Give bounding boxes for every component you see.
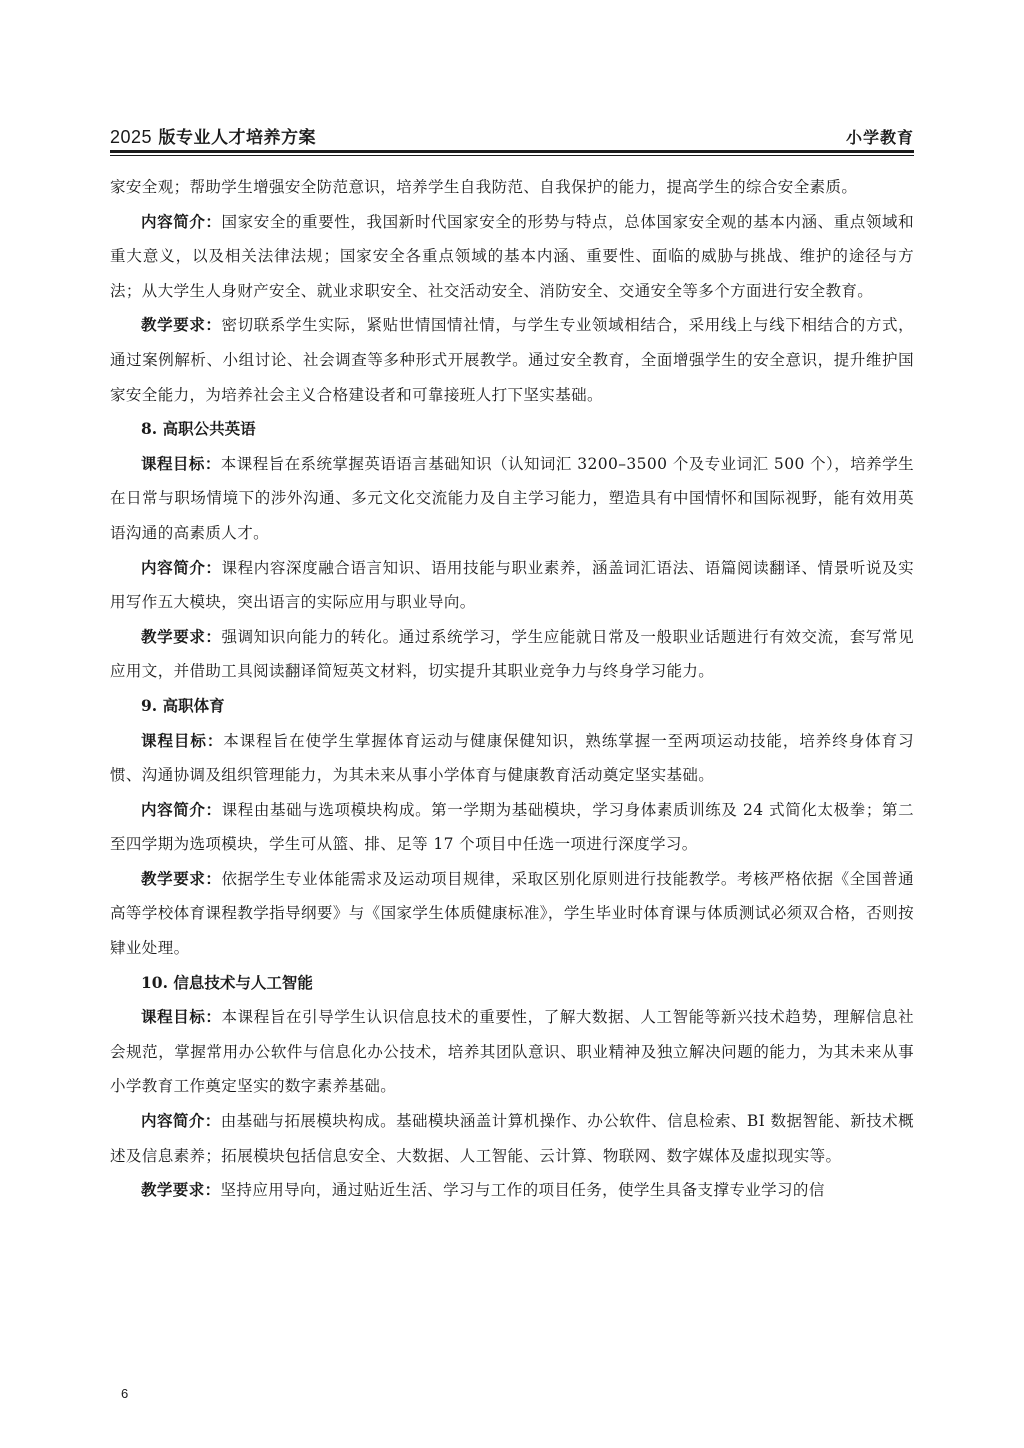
requirement-text: 坚持应用导向，通过贴近生活、学习与工作的项目任务，使学生具备支撑专业学习的信 [221,1181,825,1199]
goal-label: 课程目标： [141,1007,222,1026]
header-major: 小学教育 [846,125,914,148]
course-heading: 10. 信息技术与人工智能 [110,966,914,1001]
page-body: 家安全观；帮助学生增强安全防范意识，培养学生自我防范、自我保护的能力，提高学生的… [110,170,914,1208]
content-label: 内容简介： [141,800,222,819]
header-rule [110,150,914,156]
prev-course-requirement: 教学要求：密切联系学生实际，紧贴世情国情社情，与学生专业领域相结合，采用线上与线… [110,308,914,412]
goal-label: 课程目标： [141,454,221,473]
course-requirement: 教学要求：强调知识向能力的转化。通过系统学习，学生应能就日常及一般职业话题进行有… [110,620,914,689]
course-heading: 9. 高职体育 [110,689,914,724]
course-requirement: 教学要求：坚持应用导向，通过贴近生活、学习与工作的项目任务，使学生具备支撑专业学… [110,1173,914,1208]
requirement-label: 教学要求： [141,869,222,888]
requirement-text: 密切联系学生实际，紧贴世情国情社情，与学生专业领域相结合，采用线上与线下相结合的… [110,316,914,403]
course-goal: 课程目标：本课程旨在引导学生认识信息技术的重要性，了解大数据、人工智能等新兴技术… [110,1000,914,1104]
continued-paragraph: 家安全观；帮助学生增强安全防范意识，培养学生自我防范、自我保护的能力，提高学生的… [110,170,914,205]
goal-text: 本课程旨在系统掌握英语语言基础知识（认知词汇 3200–3500 个及专业词汇 … [110,455,914,542]
content-text: 课程内容深度融合语言知识、语用技能与职业素养，涵盖词汇语法、语篇阅读翻译、情景听… [110,559,914,612]
requirement-label: 教学要求： [141,627,222,646]
content-text: 课程由基础与选项模块构成。第一学期为基础模块，学习身体素质训练及 24 式简化太… [110,801,914,854]
page-header: 2025 版专业人才培养方案 小学教育 [110,122,914,148]
prev-course-content: 内容简介：国家安全的重要性，我国新时代国家安全的形势与特点，总体国家安全观的基本… [110,205,914,309]
content-text: 国家安全的重要性，我国新时代国家安全的形势与特点，总体国家安全观的基本内涵、重点… [110,213,914,300]
course-content: 内容简介：课程由基础与选项模块构成。第一学期为基础模块，学习身体素质训练及 24… [110,793,914,862]
header-title: 版专业人才培养方案 [158,128,316,148]
requirement-label: 教学要求： [141,1180,221,1199]
content-label: 内容简介： [141,1111,221,1130]
course-content: 内容简介：课程内容深度融合语言知识、语用技能与职业素养，涵盖词汇语法、语篇阅读翻… [110,551,914,620]
course-heading: 8. 高职公共英语 [110,412,914,447]
requirement-label: 教学要求： [141,315,222,334]
course-content: 内容简介：由基础与拓展模块构成。基础模块涵盖计算机操作、办公软件、信息检索、BI… [110,1104,914,1173]
content-label: 内容简介： [141,212,222,231]
requirement-text: 依据学生专业体能需求及运动项目规律，采取区别化原则进行技能教学。考核严格依据《全… [110,870,914,957]
content-label: 内容简介： [141,558,222,577]
goal-text: 本课程旨在引导学生认识信息技术的重要性，了解大数据、人工智能等新兴技术趋势，理解… [110,1008,914,1095]
goal-text: 本课程旨在使学生掌握体育运动与健康保健知识，熟练掌握一至两项运动技能，培养终身体… [110,732,914,785]
header-document-title: 2025 版专业人才培养方案 [110,123,316,148]
page-number: 6 [121,1386,128,1401]
course-goal: 课程目标：本课程旨在使学生掌握体育运动与健康保健知识，熟练掌握一至两项运动技能，… [110,724,914,793]
course-requirement: 教学要求：依据学生专业体能需求及运动项目规律，采取区别化原则进行技能教学。考核严… [110,862,914,966]
requirement-text: 强调知识向能力的转化。通过系统学习，学生应能就日常及一般职业话题进行有效交流，套… [110,628,914,681]
header-year: 2025 [110,127,152,147]
content-text: 由基础与拓展模块构成。基础模块涵盖计算机操作、办公软件、信息检索、BI 数据智能… [110,1112,914,1165]
goal-label: 课程目标： [141,731,223,750]
course-goal: 课程目标：本课程旨在系统掌握英语语言基础知识（认知词汇 3200–3500 个及… [110,447,914,551]
